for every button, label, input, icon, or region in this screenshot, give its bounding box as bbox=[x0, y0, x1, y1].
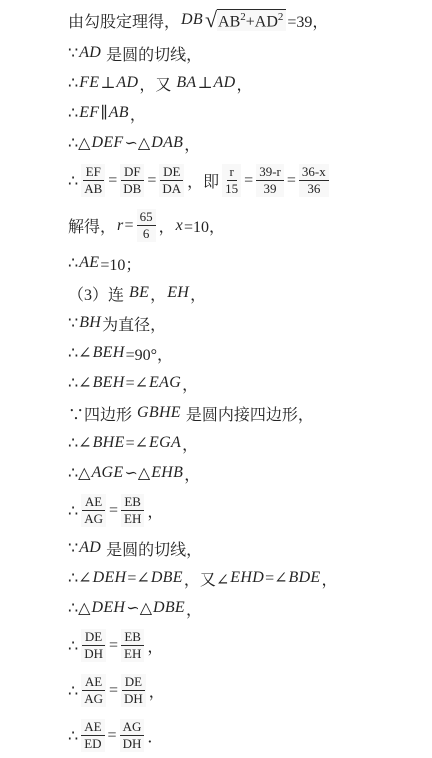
text-segment: ∴∠ bbox=[68, 568, 92, 588]
text-segment: =39， bbox=[287, 9, 328, 32]
text-segment: ， bbox=[322, 567, 338, 590]
text-segment: 为直径， bbox=[102, 312, 166, 335]
text-segment: 是圆的切线， bbox=[102, 42, 202, 65]
text-segment: ，又 bbox=[139, 72, 175, 95]
text-line-13: ∵四边形 GBHE 是圆内接四边形， bbox=[68, 398, 424, 428]
text-segment: ， bbox=[149, 679, 165, 702]
math-fraction: EFAB bbox=[81, 164, 105, 198]
text-line-17: ∵AD 是圆的切线， bbox=[68, 533, 424, 563]
fraction-denominator: ED bbox=[81, 736, 104, 752]
text-segment: =90°， bbox=[126, 342, 173, 365]
text-segment: ∴∠ bbox=[68, 433, 92, 453]
text-segment: ，即 bbox=[187, 169, 219, 192]
math-fraction: AEAG bbox=[81, 494, 106, 528]
page: { "page": { "background": "#ffffff", "te… bbox=[0, 0, 432, 758]
text-segment: ∴ bbox=[68, 501, 78, 521]
text-segment: ∵ bbox=[68, 313, 78, 333]
text-segment: （3）连 bbox=[68, 282, 128, 305]
math-variable: AB bbox=[108, 104, 130, 122]
text-segment: AB bbox=[218, 13, 240, 30]
math-variable: BE bbox=[128, 284, 150, 302]
math-variable: EF bbox=[78, 104, 100, 122]
fraction-denominator: EH bbox=[121, 646, 144, 662]
text-segment: 是圆内接四边形， bbox=[182, 402, 314, 425]
fraction-numerator: DE bbox=[82, 629, 105, 646]
text-segment: = bbox=[108, 727, 117, 745]
text-segment: = bbox=[109, 682, 118, 700]
text-segment: ∽△ bbox=[125, 463, 151, 483]
text-segment: ， bbox=[236, 72, 252, 95]
math-variable: AD bbox=[115, 74, 139, 92]
text-line-11: ∴∠BEH=90°， bbox=[68, 338, 424, 368]
fraction-numerator: AE bbox=[82, 674, 105, 691]
fraction-denominator: DH bbox=[121, 691, 146, 707]
fraction-denominator: EH bbox=[121, 511, 144, 527]
math-variable: BEH bbox=[92, 344, 126, 362]
text-segment: ∴△ bbox=[68, 598, 90, 618]
text-segment: = bbox=[244, 172, 253, 190]
text-segment: ， bbox=[147, 499, 163, 522]
fraction-numerator: EB bbox=[121, 494, 144, 511]
math-fraction: AEED bbox=[81, 719, 104, 753]
math-variable: BA bbox=[175, 74, 197, 92]
math-fraction: EBEH bbox=[121, 494, 144, 528]
text-segment: ， bbox=[190, 282, 206, 305]
math-fraction: EBEH bbox=[121, 629, 144, 663]
text-segment: ∴∠ bbox=[68, 343, 92, 363]
text-line-7: 解得，r=656，x=10， bbox=[68, 203, 424, 248]
text-segment: ∴△ bbox=[68, 133, 90, 153]
text-line-16: ∴AEAG=EBEH， bbox=[68, 488, 424, 533]
math-variable: EHD bbox=[229, 569, 265, 587]
fraction-numerator: 65 bbox=[137, 209, 156, 226]
text-segment: ． bbox=[147, 724, 163, 747]
text-segment: ∵ bbox=[68, 538, 78, 558]
text-segment: ， bbox=[182, 432, 198, 455]
fraction-numerator: AG bbox=[120, 719, 145, 736]
text-segment: 是圆的切线， bbox=[102, 537, 202, 560]
math-fraction: 656 bbox=[137, 209, 156, 243]
fraction-numerator: EB bbox=[121, 629, 144, 646]
text-segment: = bbox=[108, 172, 117, 190]
fraction-numerator: 36-x bbox=[299, 164, 329, 181]
fraction-denominator: DH bbox=[81, 646, 106, 662]
math-variable: EHB bbox=[150, 464, 184, 482]
math-fraction: 36-x36 bbox=[299, 164, 329, 198]
text-line-3: ∴FE⊥AD，又 BA⊥AD， bbox=[68, 68, 424, 98]
math-variable: EAG bbox=[148, 374, 182, 392]
sqrt-expression: √AB2+AD2 bbox=[205, 9, 286, 31]
fraction-numerator: DF bbox=[121, 164, 144, 181]
text-segment: ， bbox=[159, 214, 175, 237]
math-variable: DB bbox=[180, 11, 204, 29]
text-segment: ∴ bbox=[68, 636, 78, 656]
text-segment: ∴ bbox=[68, 103, 78, 123]
fraction-denominator: AB bbox=[81, 181, 105, 197]
text-segment: = bbox=[147, 172, 156, 190]
text-segment: =10； bbox=[100, 252, 141, 275]
text-line-4: ∴EF∥AB， bbox=[68, 98, 424, 128]
text-line-8: ∴AE=10； bbox=[68, 248, 424, 278]
text-segment: ∵四边形 bbox=[68, 402, 136, 425]
math-fraction: r15 bbox=[222, 164, 241, 198]
text-segment: ， bbox=[147, 634, 163, 657]
text-segment: = bbox=[109, 637, 118, 655]
math-variable: EGA bbox=[148, 434, 182, 452]
text-line-1: 由勾股定理得，DB√AB2+AD2=39， bbox=[68, 2, 424, 38]
text-segment: ， bbox=[184, 462, 200, 485]
math-variable: FE bbox=[78, 74, 100, 92]
text-segment: =∠ bbox=[265, 568, 287, 588]
math-variable: AD bbox=[78, 44, 102, 62]
math-variable: BH bbox=[78, 314, 102, 332]
fraction-numerator: EF bbox=[83, 164, 104, 181]
text-segment: ∴∠ bbox=[68, 373, 92, 393]
fraction-numerator: r bbox=[227, 164, 237, 181]
fraction-numerator: DE bbox=[122, 674, 145, 691]
fraction-denominator: 39 bbox=[261, 181, 280, 197]
text-segment: =∠ bbox=[126, 373, 148, 393]
fraction-denominator: AG bbox=[81, 511, 106, 527]
text-segment: ∽△ bbox=[126, 598, 152, 618]
text-segment: = bbox=[125, 217, 134, 235]
text-line-22: ∴AEED=AGDH． bbox=[68, 713, 424, 758]
text-line-12: ∴∠BEH=∠EAG， bbox=[68, 368, 424, 398]
radicand: AB2+AD2 bbox=[217, 9, 286, 31]
text-segment: ∴ bbox=[68, 73, 78, 93]
text-segment: =∠ bbox=[126, 433, 148, 453]
text-segment: ，又∠ bbox=[184, 567, 229, 590]
superscript: 2 bbox=[278, 11, 284, 23]
text-segment: ∽△ bbox=[125, 133, 151, 153]
text-segment: 由勾股定理得， bbox=[68, 9, 180, 32]
fraction-denominator: DA bbox=[159, 181, 184, 197]
math-variable: AGE bbox=[90, 464, 124, 482]
text-segment: 解得， bbox=[68, 214, 116, 237]
math-fraction: DEDH bbox=[81, 629, 106, 663]
text-segment: =10， bbox=[184, 214, 225, 237]
text-segment: ， bbox=[184, 132, 200, 155]
text-segment: ∴ bbox=[68, 726, 78, 746]
math-variable: BEH bbox=[92, 374, 126, 392]
math-variable: AD bbox=[213, 74, 237, 92]
text-segment: ∴△ bbox=[68, 463, 90, 483]
math-fraction: DFDB bbox=[120, 164, 144, 198]
text-segment: ∴ bbox=[68, 171, 78, 191]
math-variable: DEH bbox=[90, 599, 126, 617]
text-line-18: ∴∠DEH=∠DBE，又∠EHD=∠BDE， bbox=[68, 563, 424, 593]
math-solution-document: 由勾股定理得，DB√AB2+AD2=39，∵AD 是圆的切线，∴FE⊥AD，又 … bbox=[0, 0, 432, 758]
text-line-14: ∴∠BHE=∠EGA， bbox=[68, 428, 424, 458]
text-line-21: ∴AEAG=DEDH， bbox=[68, 668, 424, 713]
math-variable: EH bbox=[166, 284, 190, 302]
math-variable: GBHE bbox=[136, 404, 182, 422]
math-variable: BHE bbox=[92, 434, 126, 452]
text-segment: ， bbox=[182, 372, 198, 395]
math-variable: DEF bbox=[90, 134, 124, 152]
text-segment: ∴ bbox=[68, 253, 78, 273]
math-fraction: DEDH bbox=[121, 674, 146, 708]
text-segment: ∥ bbox=[100, 103, 107, 123]
fraction-denominator: 6 bbox=[140, 226, 153, 242]
text-segment: ⊥ bbox=[198, 73, 213, 93]
math-fraction: 39-r39 bbox=[256, 164, 284, 198]
math-variable: AD bbox=[78, 539, 102, 557]
text-line-10: ∵BH为直径， bbox=[68, 308, 424, 338]
math-variable: DEH bbox=[92, 569, 128, 587]
text-line-2: ∵AD 是圆的切线， bbox=[68, 38, 424, 68]
math-variable: DBE bbox=[150, 569, 184, 587]
text-segment: ， bbox=[186, 597, 202, 620]
text-line-6: ∴EFAB=DFDB=DEDA，即r15=39-r39=36-x36 bbox=[68, 158, 424, 203]
fraction-denominator: DB bbox=[120, 181, 144, 197]
text-segment: =∠ bbox=[127, 568, 149, 588]
text-line-19: ∴△DEH∽△DBE， bbox=[68, 593, 424, 623]
text-segment: ⊥ bbox=[100, 73, 115, 93]
text-line-20: ∴DEDH=EBEH， bbox=[68, 623, 424, 668]
fraction-numerator: AE bbox=[82, 494, 105, 511]
text-segment: = bbox=[109, 502, 118, 520]
math-fraction: DEDA bbox=[159, 164, 184, 198]
text-line-5: ∴△DEF∽△DAB， bbox=[68, 128, 424, 158]
math-variable: x bbox=[175, 217, 184, 235]
text-segment: ， bbox=[150, 282, 166, 305]
text-segment: ， bbox=[130, 102, 146, 125]
text-segment: ∵ bbox=[68, 43, 78, 63]
math-fraction: AEAG bbox=[81, 674, 106, 708]
fraction-numerator: 39-r bbox=[256, 164, 284, 181]
fraction-denominator: DH bbox=[120, 736, 145, 752]
text-segment: ∴ bbox=[68, 681, 78, 701]
math-variable: r bbox=[116, 217, 125, 235]
math-variable: DAB bbox=[150, 134, 184, 152]
fraction-numerator: AE bbox=[81, 719, 104, 736]
math-fraction: AGDH bbox=[120, 719, 145, 753]
text-line-15: ∴△AGE∽△EHB， bbox=[68, 458, 424, 488]
fraction-numerator: DE bbox=[160, 164, 183, 181]
math-variable: BDE bbox=[288, 569, 322, 587]
radical-icon: √ bbox=[205, 11, 217, 30]
text-segment: +AD bbox=[246, 13, 278, 30]
fraction-denominator: 15 bbox=[222, 181, 241, 197]
fraction-denominator: AG bbox=[81, 691, 106, 707]
text-line-9: （3）连 BE，EH， bbox=[68, 278, 424, 308]
fraction-denominator: 36 bbox=[304, 181, 323, 197]
math-variable: DBE bbox=[152, 599, 186, 617]
math-variable: AE bbox=[78, 254, 100, 272]
text-segment: = bbox=[287, 172, 296, 190]
